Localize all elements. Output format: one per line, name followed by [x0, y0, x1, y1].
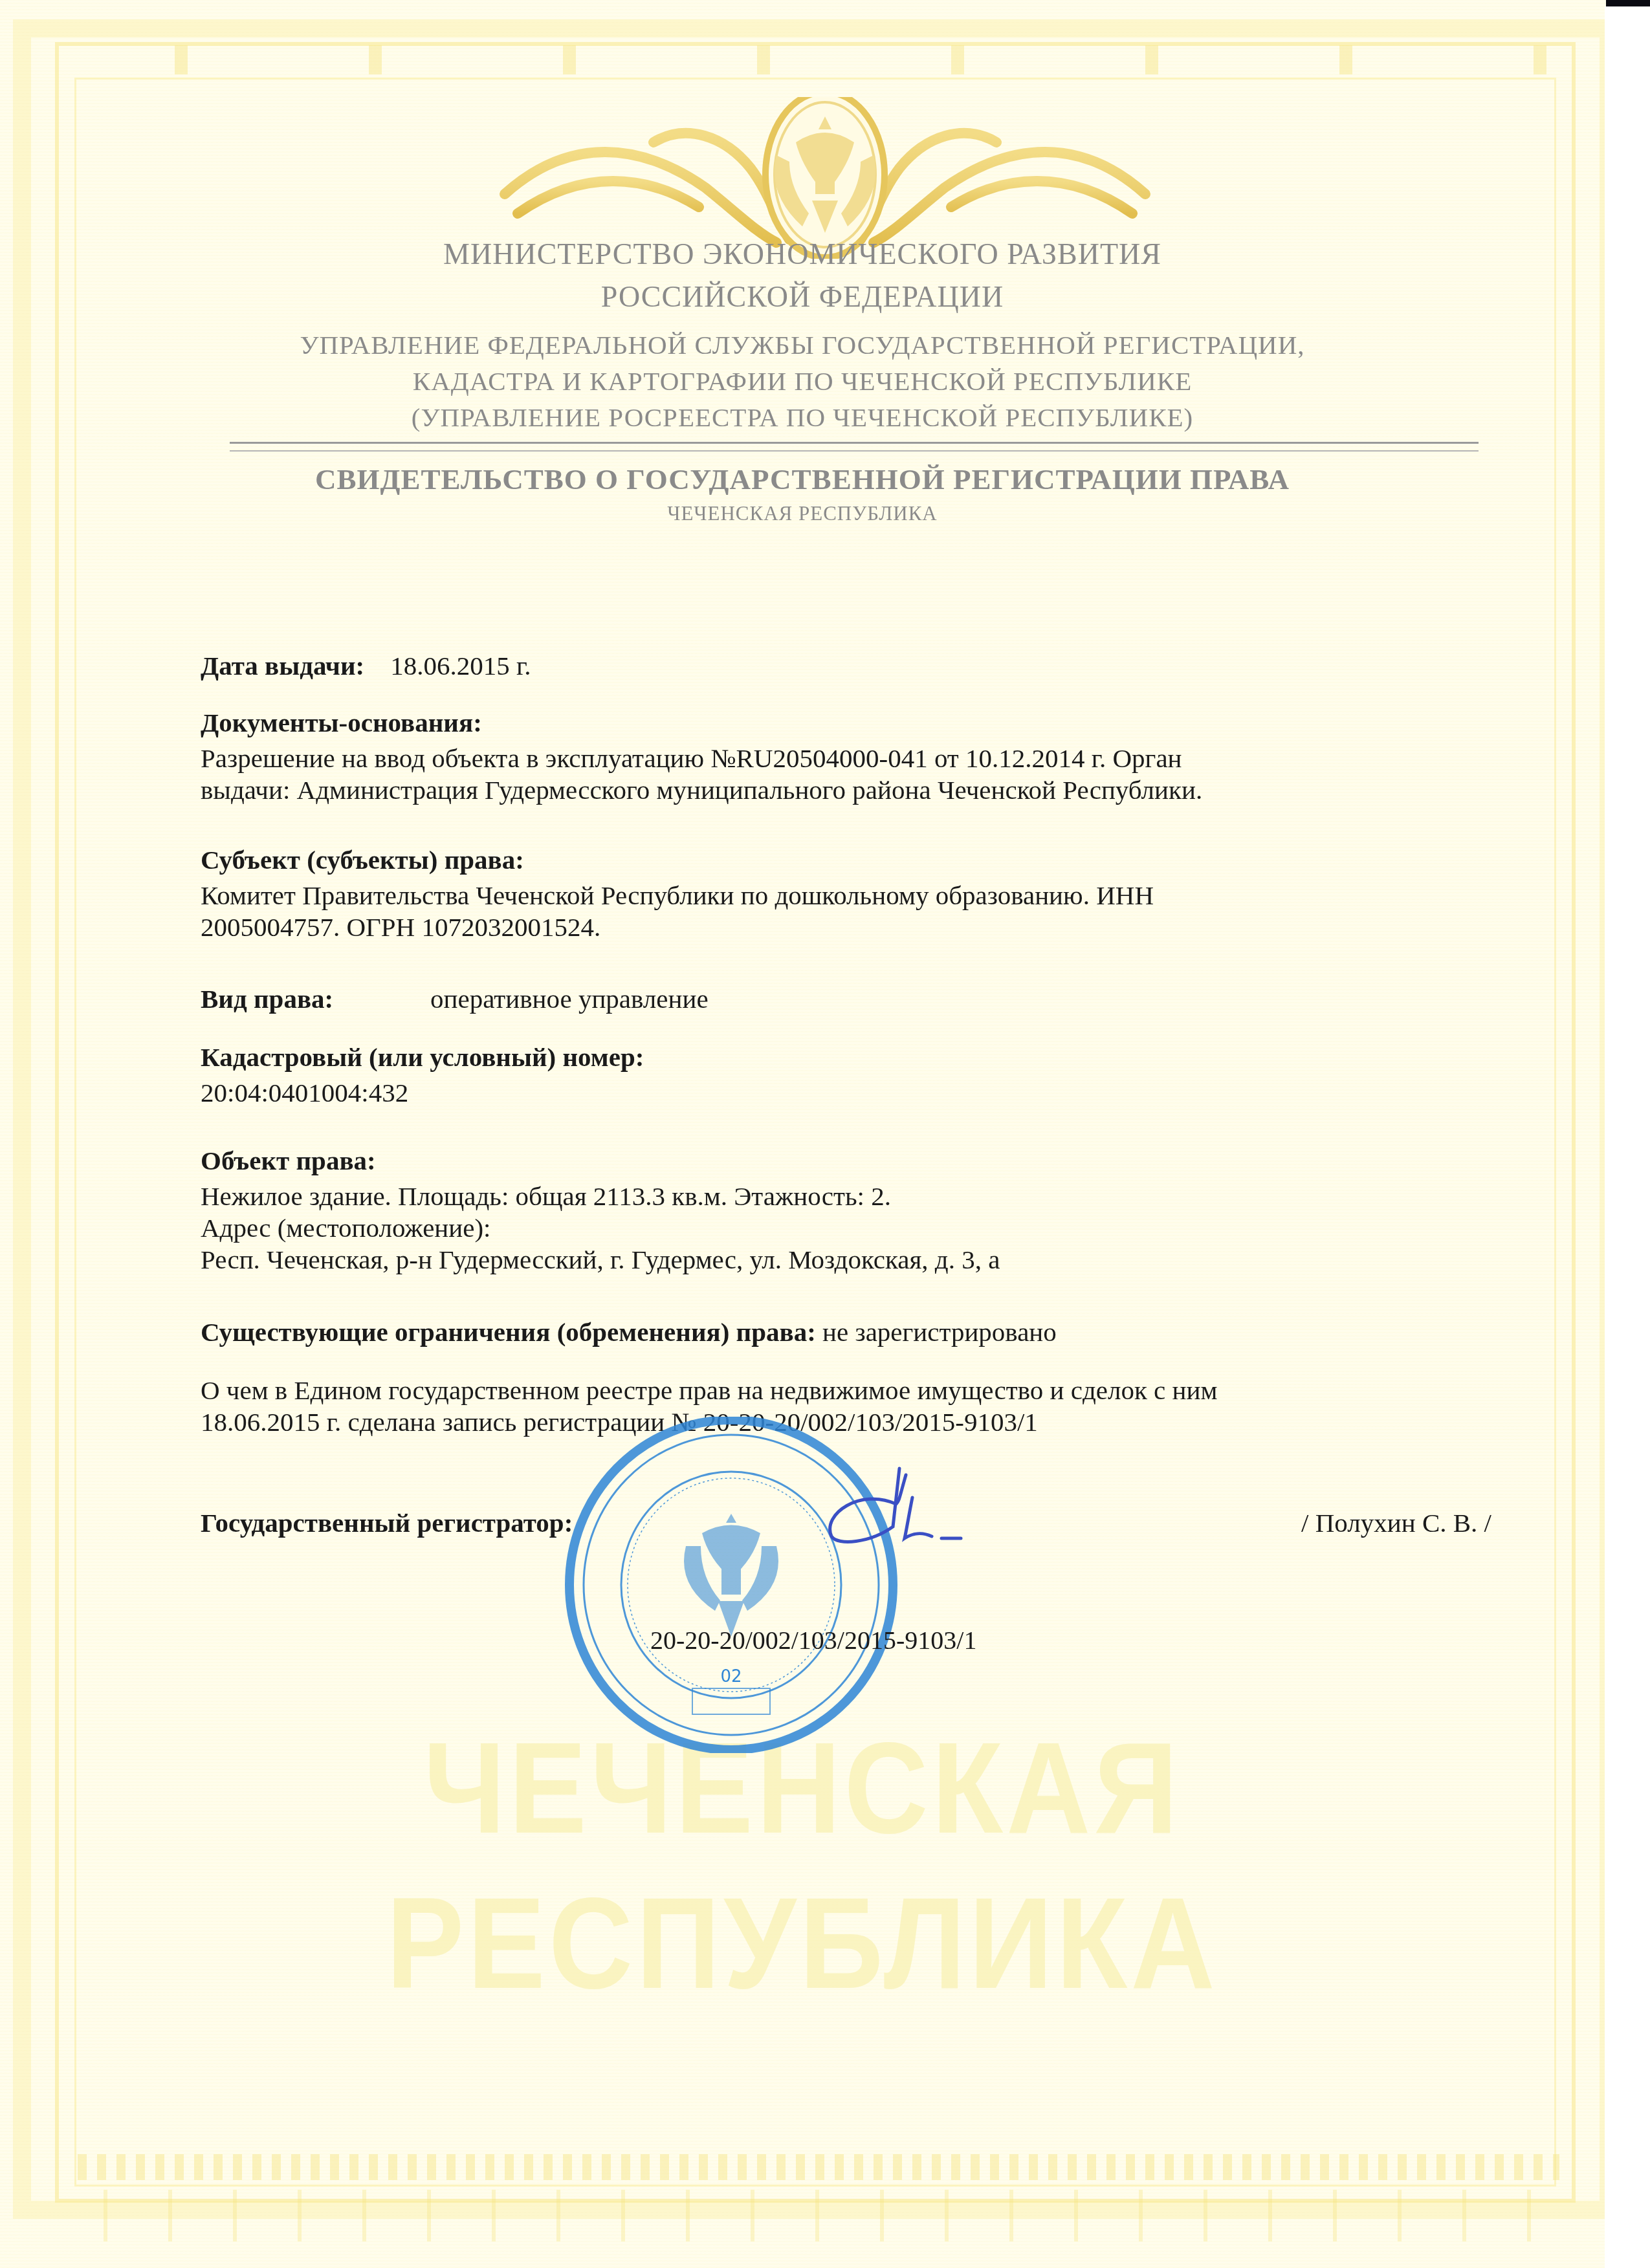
agency-line2: КАДАСТРА И КАРТОГРАФИИ ПО ЧЕЧЕНСКОЙ РЕСП… [0, 363, 1605, 399]
seal-number: 02 [720, 1667, 742, 1686]
certificate-title: СВИДЕТЕЛЬСТВО О ГОСУДАРСТВЕННОЙ РЕГИСТРА… [0, 463, 1605, 496]
cadastral-section: Кадастровый (или условный) номер: 20:04:… [201, 1041, 1488, 1109]
agency-line3: (УПРАВЛЕНИЕ РОСРЕЕСТРА ПО ЧЕЧЕНСКОЙ РЕСП… [0, 399, 1605, 435]
registration-number: 20-20-20/002/103/2015-9103/1 [650, 1625, 976, 1655]
issue-date-value: 18.06.2015 г. [390, 651, 531, 681]
basis-documents-label: Документы-основания: [201, 707, 1488, 739]
object-line2: Адрес (местоположение): [201, 1212, 1488, 1244]
right-type-label: Вид права: [201, 983, 430, 1015]
encumbrances-row: Существующие ограничения (обременения) п… [201, 1316, 1057, 1348]
watermark-line2: РЕСПУБЛИКА [80, 1870, 1524, 2018]
right-type-row: Вид права:оперативное управление [201, 983, 709, 1015]
scan-edge [1605, 6, 1650, 2268]
registrar-label: Государственный регистратор: [201, 1507, 573, 1539]
object-line3: Респ. Чеченская, р-н Гудермесский, г. Гу… [201, 1244, 1488, 1276]
decorative-border-top [78, 45, 1559, 74]
encumbrances-value: не зарегистрировано [822, 1317, 1057, 1347]
agency-heading: УПРАВЛЕНИЕ ФЕДЕРАЛЬНОЙ СЛУЖБЫ ГОСУДАРСТВ… [0, 327, 1605, 435]
cadastral-label: Кадастровый (или условный) номер: [201, 1041, 1488, 1073]
encumbrances-label: Существующие ограничения (обременения) п… [201, 1317, 816, 1347]
registry-record-line1: О чем в Едином государственном реестре п… [201, 1375, 1488, 1406]
ministry-heading: МИНИСТЕРСТВО ЭКОНОМИЧЕСКОГО РАЗВИТИЯ РОС… [0, 233, 1605, 318]
right-type-value: оперативное управление [430, 984, 709, 1014]
decorative-border-bottom [78, 2154, 1559, 2180]
object-line1: Нежилое здание. Площадь: общая 2113.3 кв… [201, 1181, 1488, 1212]
cadastral-value: 20:04:0401004:432 [201, 1077, 1488, 1109]
issue-date-label: Дата выдачи: [201, 651, 364, 681]
basis-documents-line1: Разрешение на ввод объекта в эксплуатаци… [201, 743, 1488, 774]
signature-icon [809, 1462, 977, 1553]
subjects-line1: Комитет Правительства Чеченской Республи… [201, 880, 1488, 911]
ministry-line2: РОССИЙСКОЙ ФЕДЕРАЦИИ [0, 276, 1605, 318]
object-section: Объект права: Нежилое здание. Площадь: о… [201, 1145, 1488, 1276]
subjects-line2: 2005004757. ОГРН 1072032001524. [201, 911, 1488, 943]
basis-documents-section: Документы-основания: Разрешение на ввод … [201, 707, 1488, 806]
object-label: Объект права: [201, 1145, 1488, 1177]
subjects-section: Субъект (субъекты) права: Комитет Правит… [201, 844, 1488, 943]
basis-documents-line2: выдачи: Администрация Гудермесского муни… [201, 774, 1488, 806]
decorative-fringe [65, 2190, 1572, 2241]
ministry-line1: МИНИСТЕРСТВО ЭКОНОМИЧЕСКОГО РАЗВИТИЯ [0, 233, 1605, 276]
header-divider-bottom [230, 450, 1479, 452]
scan-corner-mark [1606, 0, 1650, 6]
registrar-name: / Полухин С. В. / [1301, 1507, 1491, 1539]
header-divider-top [230, 442, 1479, 444]
subjects-label: Субъект (субъекты) права: [201, 844, 1488, 876]
agency-line1: УПРАВЛЕНИЕ ФЕДЕРАЛЬНОЙ СЛУЖБЫ ГОСУДАРСТВ… [0, 327, 1605, 363]
registrar-label-text: Государственный регистратор: [201, 1508, 573, 1538]
issue-date-row: Дата выдачи:18.06.2015 г. [201, 650, 531, 682]
certificate-region: ЧЕЧЕНСКАЯ РЕСПУБЛИКА [0, 502, 1605, 525]
